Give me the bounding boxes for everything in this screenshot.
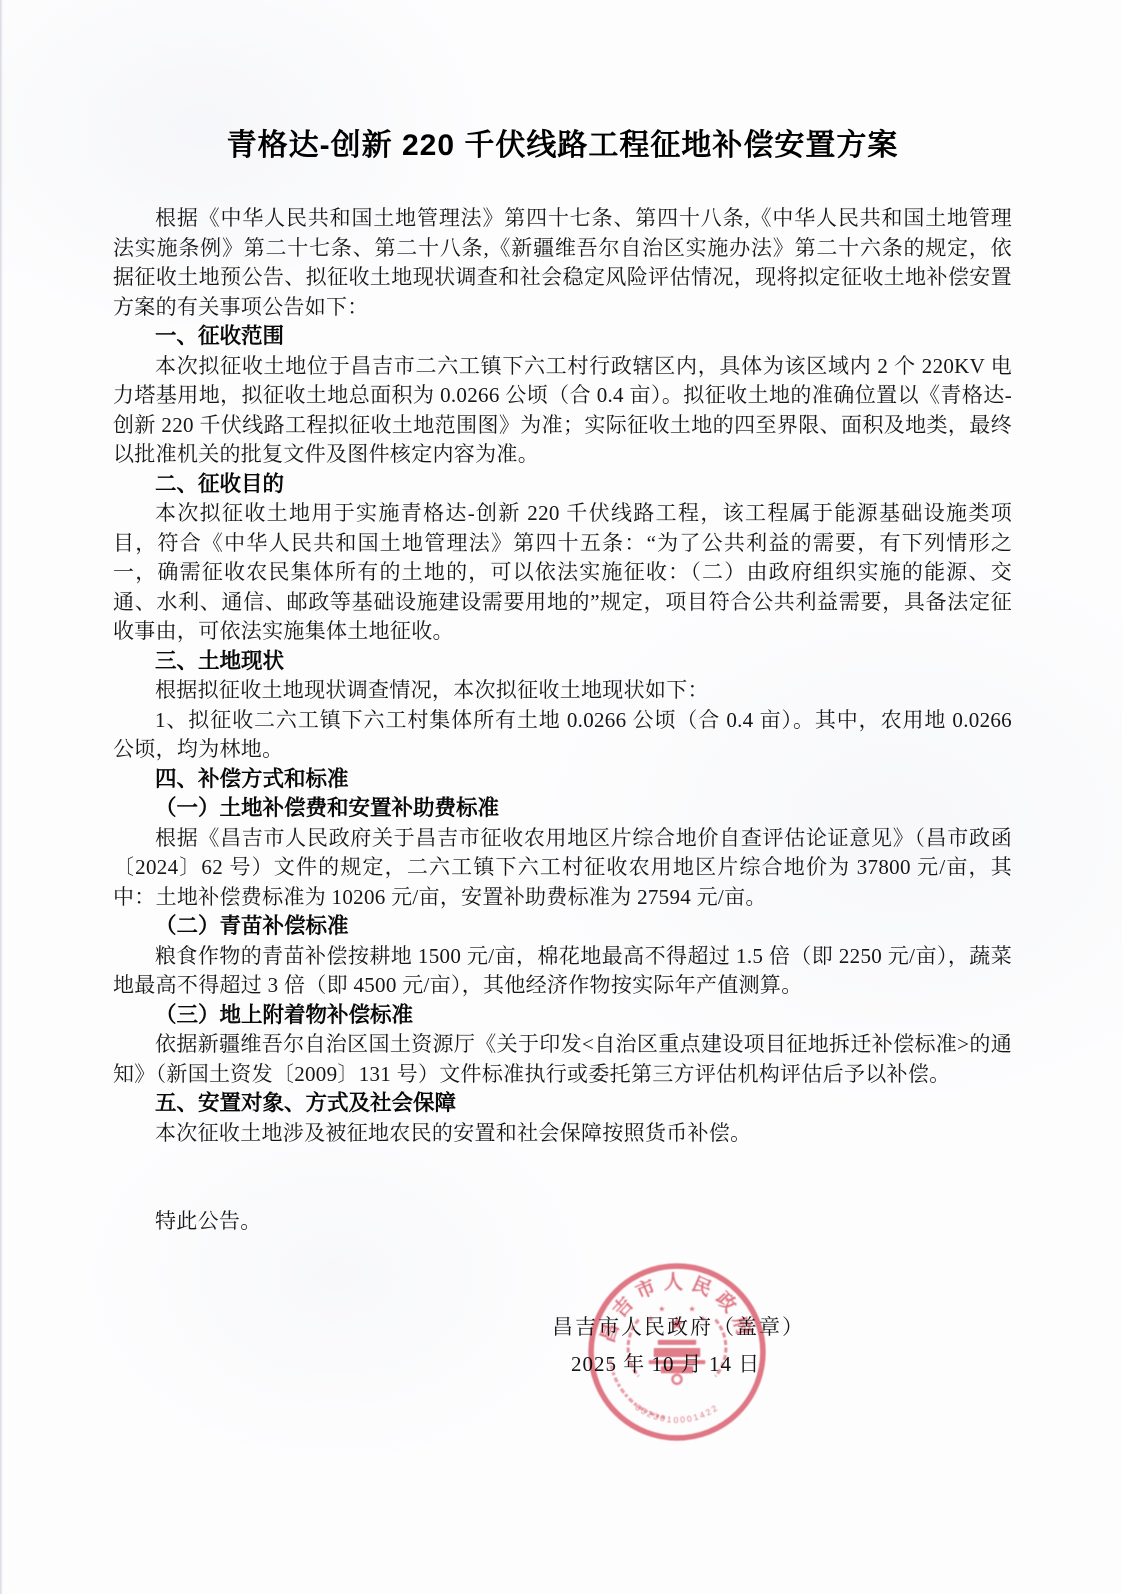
closing-paragraph: 特此公告。 xyxy=(113,1207,1012,1237)
section-4-sub-1-heading: （一）土地补偿费和安置补助费标准 xyxy=(113,794,1012,824)
section-3-paragraph-1: 根据拟征收土地现状调查情况，本次拟征收土地现状如下： xyxy=(113,676,1012,706)
section-3-paragraph-2: 1、拟征收二六工镇下六工村集体所有土地 0.0266 公顷（合 0.4 亩）。其… xyxy=(113,706,1012,765)
section-4-sub-3-heading: （三）地上附着物补偿标准 xyxy=(113,1001,1012,1031)
section-4-sub-2-heading: （二）青苗补偿标准 xyxy=(113,912,1012,942)
section-4-sub-3-paragraph: 依据新疆维吾尔自治区国土资源厅《关于印发<自治区重点建设项目征地拆迁补偿标准>的… xyxy=(113,1030,1012,1089)
section-1-heading: 一、征收范围 xyxy=(113,322,1012,352)
scanned-document-page: 青格达-创新 220 千伏线路工程征地补偿安置方案 根据《中华人民共和国土地管理… xyxy=(0,0,1122,1594)
section-1-paragraph: 本次拟征收土地位于昌吉市二六工镇下六工村行政辖区内，具体为该区域内 2 个 22… xyxy=(113,352,1012,470)
section-5-paragraph: 本次征收土地涉及被征地农民的安置和社会保障按照货币补偿。 xyxy=(113,1119,1012,1149)
signature-line: 昌吉市人民政府（盖章） xyxy=(552,1311,805,1341)
section-4-heading: 四、补偿方式和标准 xyxy=(113,765,1012,795)
section-2-paragraph: 本次拟征收土地用于实施青格达-创新 220 千伏线路工程，该工程属于能源基础设施… xyxy=(113,499,1012,647)
intro-paragraph: 根据《中华人民共和国土地管理法》第四十七条、第四十八条,《中华人民共和国土地管理… xyxy=(113,204,1012,322)
section-2-heading: 二、征收目的 xyxy=(113,470,1012,500)
section-4-sub-1-paragraph: 根据《昌吉市人民政府关于昌吉市征收农用地区片综合地价自查评估论证意见》（昌市政函… xyxy=(113,824,1012,913)
date-line: 2025 年 10 月 14 日 xyxy=(571,1348,760,1378)
scan-edge-shadow xyxy=(0,0,3,1594)
section-3-heading: 三、土地现状 xyxy=(113,647,1012,677)
seal-code: 6523010001422 xyxy=(633,1402,721,1425)
section-5-heading: 五、安置对象、方式及社会保障 xyxy=(113,1089,1012,1119)
document-title: 青格达-创新 220 千伏线路工程征地补偿安置方案 xyxy=(113,128,1012,164)
document-body: 青格达-创新 220 千伏线路工程征地补偿安置方案 根据《中华人民共和国土地管理… xyxy=(113,128,1012,1237)
section-4-sub-2-paragraph: 粮食作物的青苗补偿按耕地 1500 元/亩，棉花地最高不得超过 1.5 倍（即 … xyxy=(113,942,1012,1001)
